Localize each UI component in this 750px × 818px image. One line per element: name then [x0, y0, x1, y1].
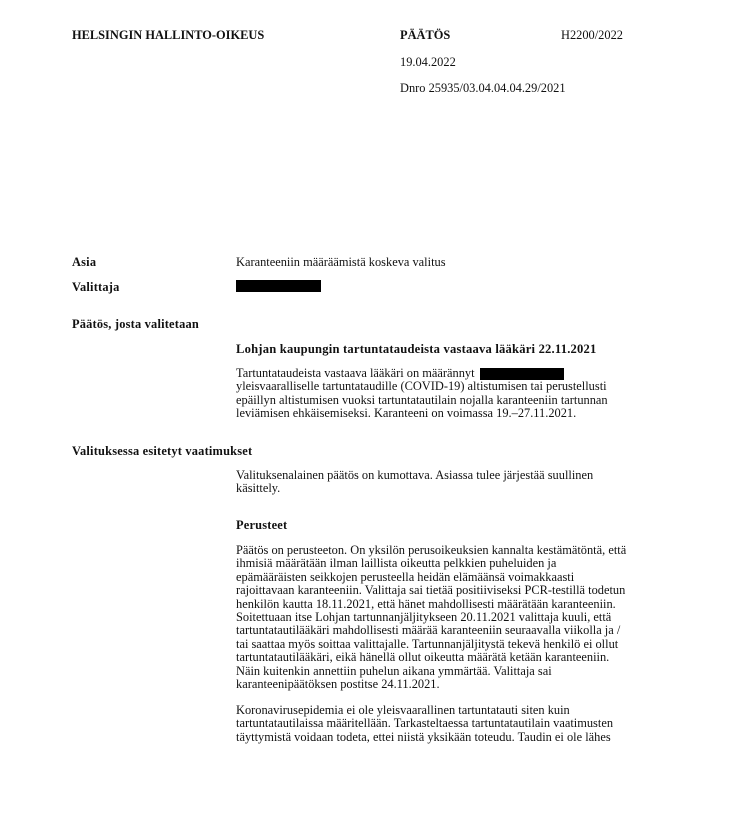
redacted-appellant-name [236, 280, 321, 292]
diary-number: Dnro 25935/03.04.04.04.29/2021 [400, 81, 566, 95]
grounds-line: tartuntatautilääkäri, eikä hänellä ollut… [236, 651, 726, 664]
grounds-heading: Perusteet [236, 518, 287, 532]
grounds-paragraph-1: Päätös on perusteeton. On yksilön peruso… [236, 544, 726, 691]
appealed-decision-text: Tartuntataudeista vastaava lääkäri on mä… [236, 367, 726, 421]
claims-heading: Valituksessa esitetyt vaatimukset [72, 444, 252, 458]
grounds-line: tartuntatautilääkäri mahdollisesti määrä… [236, 624, 726, 637]
claims-line: käsittely. [236, 482, 726, 495]
court-name: HELSINGIN HALLINTO-OIKEUS [72, 28, 264, 42]
grounds-line: Soitettuaan itse Lohjan tartunnanjäljity… [236, 611, 726, 624]
grounds-line: ihmisiä määrätään ilman laillista oikeut… [236, 557, 726, 570]
redacted-appellant-name-inline [480, 368, 564, 380]
decision-line: epäillyn altistumisen vuoksi tartuntatau… [236, 394, 726, 407]
grounds-line: henkilön kautta 18.11.2021, että hänet m… [236, 598, 726, 611]
valittaja-label: Valittaja [72, 280, 119, 294]
asia-value: Karanteeniin määräämistä koskeva valitus [236, 255, 446, 269]
grounds-line: rajoittavaan karanteeniin. Valittaja sai… [236, 584, 726, 597]
claims-text: Valituksenalainen päätös on kumottava. A… [236, 469, 726, 496]
claims-line: Valituksenalainen päätös on kumottava. A… [236, 469, 726, 482]
grounds-paragraph-2: Koronavirusepidemia ei ole yleisvaaralli… [236, 704, 726, 744]
grounds-line: Näin kuitenkin annettiin puhelun aikana … [236, 665, 726, 678]
appealed-decision-heading: Lohjan kaupungin tartuntataudeista vasta… [236, 342, 597, 356]
decision-date: 19.04.2022 [400, 55, 456, 69]
decision-line: yleisvaaralliselle tartuntataudille (COV… [236, 380, 726, 393]
grounds-line: Koronavirusepidemia ei ole yleisvaaralli… [236, 704, 726, 717]
asia-label: Asia [72, 255, 96, 269]
grounds-line: Päätös on perusteeton. On yksilön peruso… [236, 544, 726, 557]
appealed-decision-label: Päätös, josta valitetaan [72, 317, 199, 331]
grounds-line: karanteenipäätöksen postitse 24.11.2021. [236, 678, 726, 691]
grounds-line: tartuntatautilaissa määritellään. Tarkas… [236, 717, 726, 730]
decision-line: Tartuntataudeista vastaava lääkäri on mä… [236, 367, 726, 380]
grounds-line: tai saattaa myös soittaa valittajalle. T… [236, 638, 726, 651]
document-type: PÄÄTÖS [400, 28, 450, 42]
grounds-line: epämääräisten seikkojen perusteella heid… [236, 571, 726, 584]
case-number: H2200/2022 [561, 28, 623, 42]
decision-line: leviämisen ehkäisemiseksi. Karanteeni on… [236, 407, 726, 420]
grounds-line: täyttymistä voidaan todeta, ettei niistä… [236, 731, 726, 744]
